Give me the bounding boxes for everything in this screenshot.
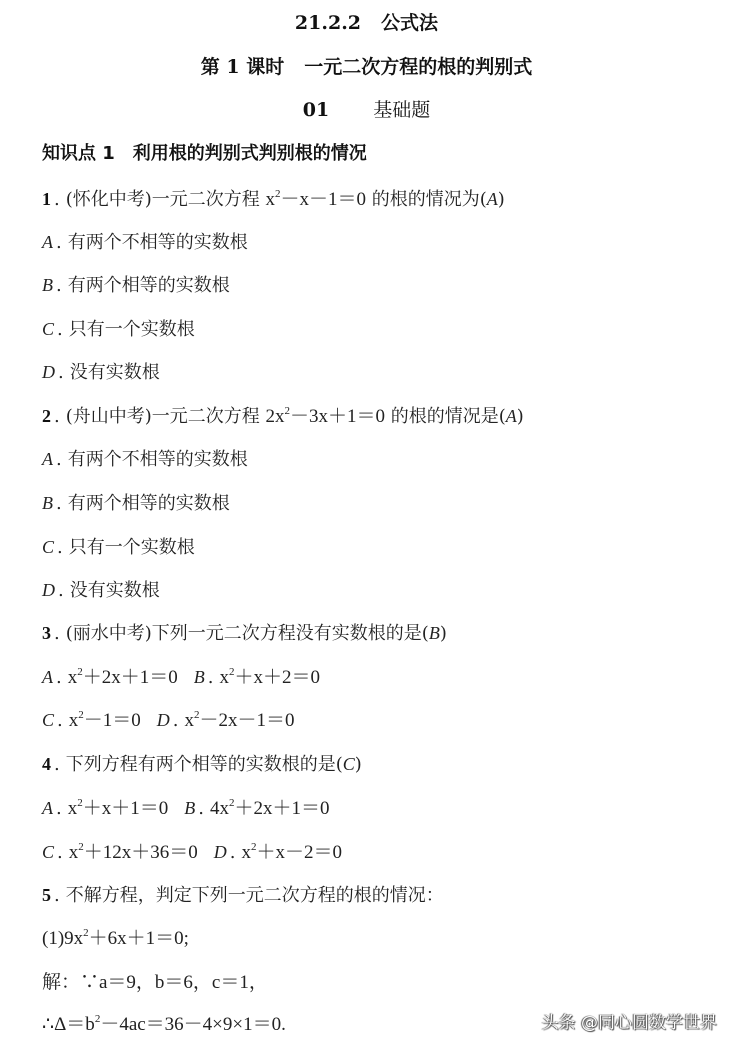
option-equation: x2＋x＋2＝0	[219, 667, 320, 688]
question-3-options-cd: C.x2－1＝0D.x2－2x－1＝0	[42, 707, 295, 734]
section-title: 公式法	[381, 12, 438, 34]
document-page: 21.2.2公式法 第 1 课时一元二次方程的根的判别式 01基础题 知识点 1…	[0, 0, 733, 1045]
option-text: 只有一个实数根	[69, 319, 195, 340]
lesson-title: 一元二次方程的根的判别式	[304, 56, 532, 78]
question-4-options-ab: A.x2＋x＋1＝0B.4x2＋2x＋1＝0	[42, 795, 330, 822]
answer: C	[343, 754, 355, 774]
question-5-part-1: (1)9x2＋6x＋1＝0;	[42, 926, 189, 952]
question-text: 下列方程有两个相等的实数根的是(	[66, 754, 343, 775]
section-number: 21.2.2	[295, 12, 361, 34]
solution-line-1: 解：∵a＝9，b＝6，c＝1，	[42, 970, 268, 996]
knowledge-point-title: 利用根的判别式判别根的情况	[133, 143, 367, 164]
question-4-stem: 4.下列方程有两个相等的实数根的是(C)	[42, 751, 362, 778]
level-number: 01	[303, 99, 329, 121]
solution-text: ∴Δ＝b2－4ac＝36－4×9×1＝0.	[42, 1014, 286, 1035]
question-2-stem: 2.(舟山中考)一元二次方程 2x2－3x＋1＝0 的根的情况是(A)	[42, 403, 524, 430]
question-text: 一元二次方程	[152, 189, 266, 210]
question-4-options-cd: C.x2＋12x＋36＝0D.x2＋x－2＝0	[42, 839, 342, 866]
option-text: 有两个不相等的实数根	[68, 232, 248, 253]
watermark: 头条 @同心圆数学世界	[542, 1008, 717, 1033]
question-text: 一元二次方程	[152, 406, 266, 427]
question-2-option-a: A.有两个不相等的实数根	[42, 446, 248, 473]
question-text: 的根的情况是(	[385, 406, 506, 427]
knowledge-point-heading: 知识点 1利用根的判别式判别根的情况	[42, 141, 367, 167]
option-equation: x2＋x＋1＝0	[68, 798, 169, 819]
question-number: 5	[42, 885, 51, 905]
question-2-option-b: B.有两个相等的实数根	[42, 490, 230, 517]
question-text: 不解方程，判定下列一元二次方程的根的情况：	[66, 885, 444, 906]
option-equation: x2＋2x＋1＝0	[68, 667, 178, 688]
question-1-stem: 1.(怀化中考)一元二次方程 x2－x－1＝0 的根的情况为(A)	[42, 186, 505, 213]
section-heading: 21.2.2公式法	[0, 8, 733, 35]
question-1-option-c: C.只有一个实数根	[42, 316, 195, 343]
question-1-option-b: B.有两个相等的实数根	[42, 272, 230, 299]
question-number: 4	[42, 754, 51, 774]
option-equation: x2－1＝0	[69, 710, 141, 731]
equation: x2－x－1＝0	[266, 189, 367, 210]
question-text: 下列一元二次方程没有实数根的是(	[152, 623, 429, 644]
knowledge-point-label: 知识点 1	[42, 143, 115, 164]
question-1-option-d: D.没有实数根	[42, 359, 160, 386]
option-text: 没有实数根	[70, 362, 160, 383]
option-equation: x2＋12x＋36＝0	[69, 842, 198, 863]
question-text: 的根的情况为(	[366, 189, 487, 210]
question-3-options-ab: A.x2＋2x＋1＝0B.x2＋x＋2＝0	[42, 664, 320, 691]
question-3-stem: 3.(丽水中考)下列一元二次方程没有实数根的是(B)	[42, 620, 447, 647]
sub-question-equation: (1)9x2＋6x＋1＝0;	[42, 928, 189, 949]
question-source: (舟山中考)	[66, 406, 152, 427]
question-number: 3	[42, 623, 51, 643]
option-text: 只有一个实数根	[69, 537, 195, 558]
answer: A	[487, 189, 498, 209]
lesson-prefix: 第 1 课时	[201, 56, 284, 78]
option-equation: x2＋x－2＝0	[242, 842, 343, 863]
answer: B	[429, 623, 440, 643]
equation: 2x2－3x＋1＝0	[266, 406, 386, 427]
question-2-option-c: C.只有一个实数根	[42, 534, 195, 561]
level-heading: 01基础题	[0, 95, 733, 122]
question-5-stem: 5.不解方程，判定下列一元二次方程的根的情况：	[42, 882, 444, 909]
option-text: 有两个不相等的实数根	[68, 449, 248, 470]
option-equation: x2－2x－1＝0	[185, 710, 295, 731]
solution-line-2: ∴Δ＝b2－4ac＝36－4×9×1＝0.	[42, 1012, 286, 1038]
question-number: 1	[42, 189, 51, 209]
level-title: 基础题	[373, 99, 430, 121]
option-text: 没有实数根	[70, 580, 160, 601]
option-text: 有两个相等的实数根	[68, 275, 230, 296]
answer: A	[506, 406, 517, 426]
question-source: (怀化中考)	[66, 189, 152, 210]
option-equation: 4x2＋2x＋1＝0	[210, 798, 330, 819]
question-source: (丽水中考)	[66, 623, 152, 644]
question-number: 2	[42, 406, 51, 426]
lesson-heading: 第 1 课时一元二次方程的根的判别式	[0, 52, 733, 79]
option-text: 有两个相等的实数根	[68, 493, 230, 514]
question-2-option-d: D.没有实数根	[42, 577, 160, 604]
question-1-option-a: A.有两个不相等的实数根	[42, 229, 248, 256]
solution-text: 解：∵a＝9，b＝6，c＝1，	[42, 972, 268, 993]
